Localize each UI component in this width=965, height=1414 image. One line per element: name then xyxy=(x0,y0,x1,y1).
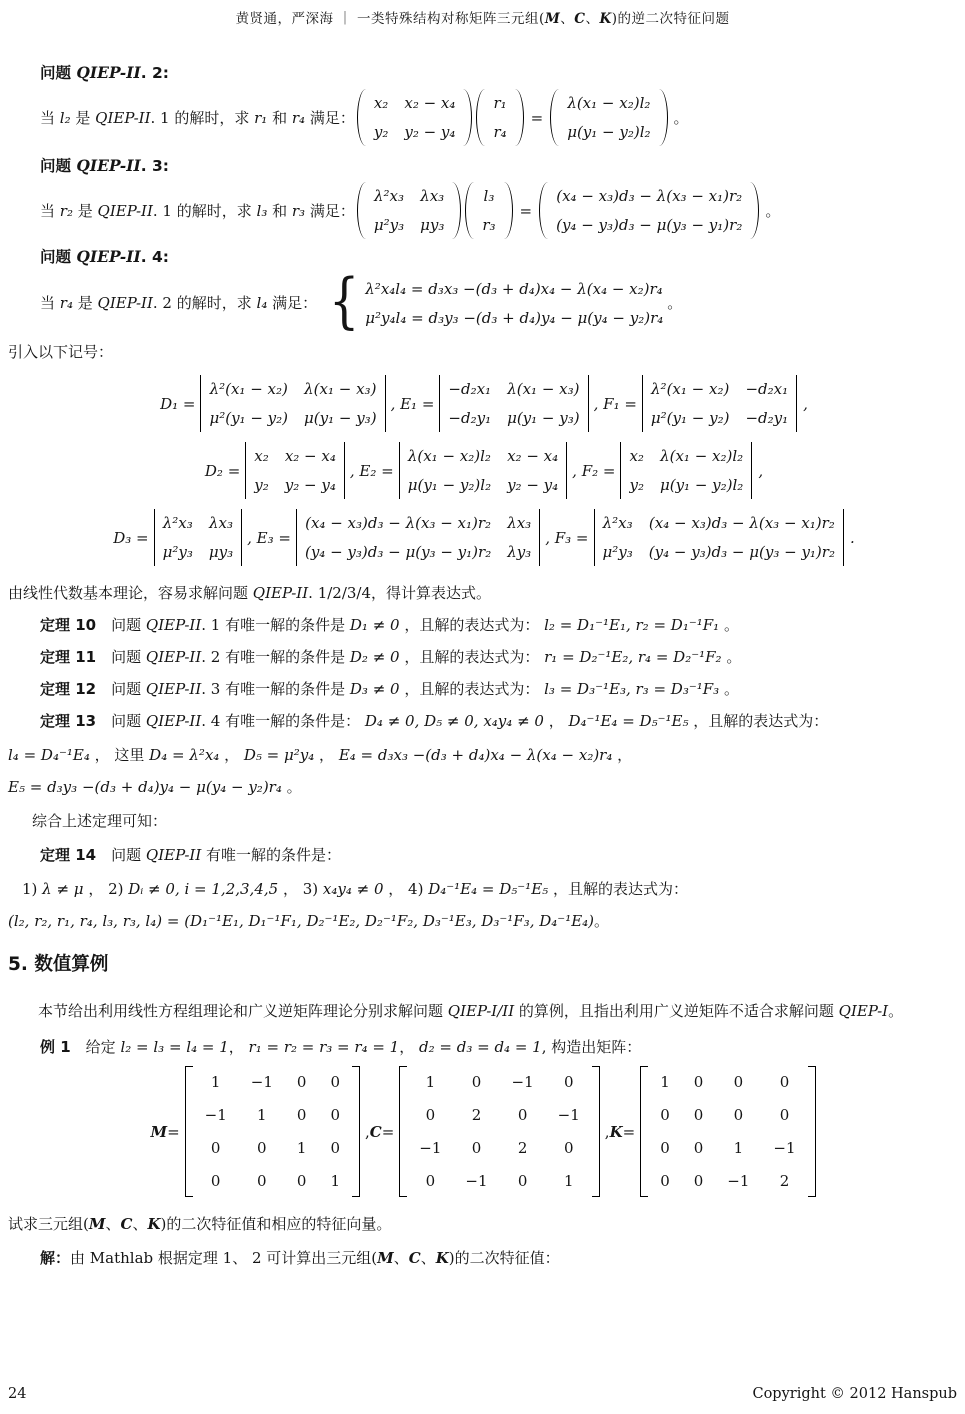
text-run: l₃ xyxy=(257,202,268,220)
determinant-d2-matrix: x₂x₂ − x₄y₂y₂ − y₄ xyxy=(245,442,345,499)
matrix-cell: y₂ xyxy=(254,475,269,495)
matrix-cell: 0 xyxy=(780,1072,790,1092)
matrix-cell: 0 xyxy=(297,1105,307,1125)
matrix-cell: 0 xyxy=(472,1138,482,1158)
matrix-cell: 0 xyxy=(660,1171,670,1191)
left-brace-delimiter: { xyxy=(329,271,360,331)
text-run: )的逆二次特征问题 xyxy=(612,11,730,27)
matrix-cell: 1 xyxy=(330,1171,340,1191)
text-run: , 构造出矩阵： xyxy=(542,1038,642,1056)
matrix-cell: λ(x₁ − x₂)l₂ xyxy=(567,93,650,113)
bracket-delimiter xyxy=(808,1066,816,1197)
text-run: 和 xyxy=(267,202,292,220)
text-run: 。 xyxy=(888,1002,903,1020)
text-run: = xyxy=(167,1120,180,1144)
text-run: 、 xyxy=(586,11,600,27)
matrix-cell: −d₂y₁ xyxy=(745,408,788,428)
matrix-grid: x₂x₂ − x₄y₂y₂ − y₄ xyxy=(366,89,464,146)
theorem-14-conditions: 1) λ ≠ μ ， 2) Dᵢ ≠ 0, i = 1,2,3,4,5 ， 3)… xyxy=(8,876,957,902)
text-run: ， xyxy=(544,712,569,730)
matrix-cell: 0 xyxy=(211,1138,221,1158)
text-run: 的算例，且指出利用广义逆矩阵不适合求解问题 xyxy=(514,1002,839,1020)
text-run: x₄y₄ ≠ 0 xyxy=(323,880,384,898)
text-run: 定理 14 xyxy=(40,846,96,864)
determinant-e1: , E₁ = −d₂x₁λ(x₁ − x₃)−d₂y₁μ(y₁ − y₃) xyxy=(388,375,591,432)
text-run: (l₂, r₂, r₁, r₄, l₃, r₃, l₄) = (D₁⁻¹E₁, … xyxy=(8,912,594,930)
matrix-cell: (y₄ − y₃)d₃ − μ(y₃ − y₁)r₂ xyxy=(649,542,835,562)
running-header: 黄贤通，严深海 ｜ 一类特殊结构对称矩阵三元组(M、C、K)的逆二次特征问题 xyxy=(0,0,965,27)
matrix-grid: x₂x₂ − x₄y₂y₂ − y₄ xyxy=(246,442,344,499)
text-run: 试求三元组( xyxy=(8,1215,89,1233)
matrix-grid: λ²x₃λx₃μ²y₃μy₃ xyxy=(366,182,453,239)
text-run: 、 xyxy=(560,11,574,27)
text-run: QIEP-II xyxy=(146,712,201,730)
matrix-cell: λx₃ xyxy=(420,186,444,206)
matrix-cell: 0 xyxy=(518,1105,528,1125)
matrix-cell: y₂ xyxy=(374,122,389,142)
matrix-c-cells: 10−10020−1−10200−101 xyxy=(399,1066,600,1197)
text-run: ， xyxy=(399,1038,419,1056)
text-run: D₃ ≠ 0 xyxy=(350,680,400,698)
matrix-cell: μ²y₃ xyxy=(163,542,193,562)
text-run: l₂ = D₁⁻¹E₁, r₂ = D₁⁻¹F₁ xyxy=(544,616,719,634)
matrix-cell: −1 xyxy=(773,1138,795,1158)
determinant-label: , E₃ = xyxy=(247,526,291,550)
paren-delimiter xyxy=(465,182,474,239)
matrix-cell: x₂ xyxy=(374,93,388,113)
matrix-cell: y₂ − y₄ xyxy=(285,475,336,495)
section-5-heading: 5. 数值算例 xyxy=(8,952,957,978)
paren-delimiter xyxy=(452,182,461,239)
matrix-cell: x₂ xyxy=(629,446,643,466)
matrix-k-label: , K = xyxy=(605,1120,635,1144)
text-run: 定理 12 xyxy=(40,680,96,698)
matrix-cell: 0 xyxy=(257,1138,267,1158)
example-1-lead: 例 1 给定 l₂ = l₃ = l₄ = 1， r₁ = r₂ = r₃ = … xyxy=(8,1034,957,1060)
determinant-e3-matrix: (x₄ − x₃)d₃ − λ(x₃ − x₁)r₂λx₃(y₄ − y₃)d₃… xyxy=(296,509,540,566)
matrix-cell: λ(x₁ − x₂)l₂ xyxy=(408,446,491,466)
text-run: 本节给出利用线性方程组理论和广义逆矩阵理论分别求解问题 xyxy=(38,1002,448,1020)
matrix-cell: λ²(x₁ − x₂) xyxy=(210,379,288,399)
problem-3-unknown-vector: l₃r₃ xyxy=(465,182,512,239)
determinant-e2-matrix: λ(x₁ − x₂)l₂x₂ − x₄μ(y₁ − y₂)l₂y₂ − y₄ xyxy=(399,442,567,499)
paren-delimiter xyxy=(659,89,668,146)
system-equation-1: λ²x₄l₄ = d₃x₃ −(d₃ + d₄)x₄ − λ(x₄ − x₂)r… xyxy=(365,279,663,299)
determinant-f2: , F₂ = x₂λ(x₁ − x₂)l₂y₂μ(y₁ − y₂)l₂ xyxy=(569,442,754,499)
text-run: D₂ ≠ 0 xyxy=(350,648,400,666)
matrix-cell: (y₄ − y₃)d₃ − μ(y₃ − y₁)r₂ xyxy=(305,542,491,562)
text-run: D₅ = μ²y₄ xyxy=(244,746,314,764)
bar-delimiter xyxy=(385,375,386,432)
determinant-f3-matrix: λ²x₃(x₄ − x₃)d₃ − λ(x₃ − x₁)r₂μ²y₃(y₄ − … xyxy=(594,509,844,566)
text-run: 1) xyxy=(22,880,42,898)
paren-delimiter xyxy=(539,182,548,239)
text-run: M xyxy=(89,1215,106,1233)
problem-3-heading: 问题 QIEP-II. 3: xyxy=(8,154,957,178)
text-run: M xyxy=(545,11,560,27)
text-run: ， 这里 xyxy=(90,746,149,764)
matrix-cell: 0 xyxy=(518,1171,528,1191)
text-run: ， 3) xyxy=(278,880,323,898)
matrix-cell: μ²(y₁ − y₂) xyxy=(209,408,288,428)
text-run: ， xyxy=(229,1038,249,1056)
text-run: QIEP-I xyxy=(839,1002,888,1020)
problem-2-unknown-vector: r₁r₄ xyxy=(476,89,523,146)
text-run: = xyxy=(382,1120,395,1144)
matrix-cell: −1 xyxy=(205,1105,227,1125)
text-run: r₁ = D₂⁻¹E₂, r₄ = D₂⁻¹F₂ xyxy=(544,648,721,666)
example-matrices-row: M = 1−100−110000100001 , C = 10−10020−1−… xyxy=(8,1066,957,1197)
matrix-c-label: , C = xyxy=(365,1120,394,1144)
text-run: 问题 xyxy=(96,680,146,698)
problem-4-statement: 当 r₄ 是 QIEP-II. 2 的解时，求 l₄ 满足： { λ²x₄l₄ … xyxy=(8,271,957,335)
text-run: 当 xyxy=(40,294,60,312)
text-run: ，且解的表达式为： xyxy=(400,680,545,698)
text-run: 问题 xyxy=(40,64,76,82)
text-run: 当 xyxy=(40,202,60,220)
theorem-11: 定理 11 问题 QIEP-II. 2 有唯一解的条件是 D₂ ≠ 0 ，且解的… xyxy=(8,644,957,670)
matrix-cell: (x₄ − x₃)d₃ − λ(x₃ − x₁)r₂ xyxy=(305,513,491,533)
text-run: 黄贤通，严深海 ｜ 一类特殊结构对称矩阵三元组( xyxy=(235,11,544,27)
matrix-cell: (x₄ − x₃)d₃ − λ(x₃ − x₁)r₂ xyxy=(556,186,742,206)
theorem-13-continuation-1: l₄ = D₄⁻¹E₄ ， 这里 D₄ = λ²x₄ ， D₅ = μ²y₄ ，… xyxy=(8,742,957,768)
matrix-cell: 1 xyxy=(660,1072,670,1092)
determinant-d3-matrix: λ²x₃λx₃μ²y₃μy₃ xyxy=(154,509,243,566)
text-run: 定理 10 xyxy=(40,616,96,634)
matrix-cell: 0 xyxy=(734,1105,744,1125)
bar-delimiter xyxy=(588,375,589,432)
bar-delimiter xyxy=(796,375,797,432)
matrix-cell: 2 xyxy=(472,1105,482,1125)
problem-3-coefficient-matrix: λ²x₃λx₃μ²y₃μy₃ xyxy=(357,182,462,239)
determinant-f1-matrix: λ²(x₁ − x₂)−d₂x₁μ²(y₁ − y₂)−d₂y₁ xyxy=(642,375,797,432)
text-run: 定理 13 xyxy=(40,712,96,730)
text-run: 。 xyxy=(719,680,739,698)
matrix-m: M = 1−100−110000100001 xyxy=(147,1066,362,1197)
matrix-cell: 1 xyxy=(297,1138,307,1158)
text-run: )的二次特征值： xyxy=(449,1249,560,1267)
matrix-cell: μy₃ xyxy=(420,215,444,235)
matrix-cell: r₃ xyxy=(482,215,495,235)
matrix-cell: −d₂y₁ xyxy=(448,408,491,428)
matrix-grid: λ²(x₁ − x₂)λ(x₁ − x₃)μ²(y₁ − y₂)μ(y₁ − y… xyxy=(201,375,384,432)
sentence-period: 。 xyxy=(667,291,682,315)
matrix-grid: λ(x₁ − x₂)l₂μ(y₁ − y₂)l₂ xyxy=(559,89,658,146)
linear-algebra-note: 由线性代数基本理论，容易求解问题 QIEP-II. 1/2/3/4，得计算表达式… xyxy=(8,580,957,606)
text-run: r₁ xyxy=(254,109,267,127)
text-run: 由线性代数基本理论，容易求解问题 xyxy=(8,584,253,602)
matrix-cell: λx₃ xyxy=(209,513,233,533)
sentence-period: 。 xyxy=(765,199,780,223)
problem-4-lead-text: 当 r₄ 是 QIEP-II. 2 的解时，求 l₄ 满足： xyxy=(40,291,317,315)
matrix-cell: r₄ xyxy=(493,122,506,142)
text-run: . 3: xyxy=(141,157,169,175)
determinant-label: D₁ = xyxy=(160,392,195,416)
matrix-cell: 1 xyxy=(734,1138,744,1158)
notation-intro: 引入以下记号： xyxy=(8,339,957,365)
matrix-cell: 0 xyxy=(660,1138,670,1158)
matrix-cell: −d₂x₁ xyxy=(448,379,491,399)
text-run: 和 xyxy=(267,109,292,127)
problem-2-heading: 问题 QIEP-II. 2: xyxy=(8,61,957,85)
text-run: 问题 xyxy=(96,712,146,730)
row-separator: . xyxy=(850,526,855,550)
matrix-cell: 0 xyxy=(734,1072,744,1092)
determinant-d1: D₁ = λ²(x₁ − x₂)λ(x₁ − x₃)μ²(y₁ − y₂)μ(y… xyxy=(157,375,387,432)
matrix-cell: 0 xyxy=(330,1072,340,1092)
text-run: 引入以下记号： xyxy=(8,343,113,361)
matrix-cell: 0 xyxy=(694,1105,704,1125)
text-run: . 2: xyxy=(141,64,169,82)
matrix-cell: −1 xyxy=(558,1105,580,1125)
matrix-cell: 0 xyxy=(330,1105,340,1125)
text-run: 。 xyxy=(282,778,302,796)
text-run: r₄ xyxy=(292,109,305,127)
text-run: 问题 xyxy=(96,616,146,634)
text-run: K xyxy=(436,1249,449,1267)
text-run: K xyxy=(147,1215,160,1233)
text-run: QIEP-II xyxy=(76,63,140,82)
text-run: 问题 xyxy=(40,248,76,266)
matrix-cell: λ(x₁ − x₂)l₂ xyxy=(660,446,743,466)
determinant-d3: D₃ = λ²x₃λx₃μ²y₃μy₃ xyxy=(110,509,244,566)
matrix-cell: 0 xyxy=(564,1138,574,1158)
text-run: QIEP-II xyxy=(146,680,201,698)
text-run: ，且解的表达式为： xyxy=(400,648,545,666)
text-run: 是 xyxy=(71,109,96,127)
text-run: 。 xyxy=(594,912,609,930)
bar-delimiter xyxy=(344,442,345,499)
text-run: l₄ xyxy=(257,294,268,312)
matrix-cell: μ²(y₁ − y₂) xyxy=(651,408,730,428)
text-run: λ ≠ μ xyxy=(42,880,83,898)
text-run: QIEP-II xyxy=(253,584,308,602)
text-run: r₄ xyxy=(60,294,73,312)
paren-delimiter xyxy=(515,89,524,146)
matrix-cell: μy₃ xyxy=(209,542,233,562)
matrix-grid: (x₄ − x₃)d₃ − λ(x₃ − x₁)r₂λx₃(y₄ − y₃)d₃… xyxy=(297,509,539,566)
theorem-13: 定理 13 问题 QIEP-II. 4 有唯一解的条件是： D₄ ≠ 0, D₅… xyxy=(8,708,957,734)
text-run: . 1 有唯一解的条件是 xyxy=(201,616,350,634)
determinant-e1-matrix: −d₂x₁λ(x₁ − x₃)−d₂y₁μ(y₁ − y₃) xyxy=(439,375,588,432)
paren-delimiter xyxy=(357,89,366,146)
matrix-cell: μ(y₁ − y₃) xyxy=(507,408,580,428)
text-run: Dᵢ ≠ 0, i = 1,2,3,4,5 xyxy=(128,880,278,898)
determinant-label: , F₃ = xyxy=(545,526,588,550)
text-run: = xyxy=(623,1120,636,1144)
text-run: M xyxy=(150,1120,167,1144)
notation-row-1: D₁ = λ²(x₁ − x₂)λ(x₁ − x₃)μ²(y₁ − y₂)μ(y… xyxy=(8,375,957,432)
bar-delimiter xyxy=(241,509,242,566)
matrix-cell: 1 xyxy=(426,1072,436,1092)
matrix-cell: y₂ xyxy=(629,475,644,495)
row-separator: , xyxy=(803,392,808,416)
text-run: E₄ = d₃x₃ −(d₃ + d₄)x₄ − λ(x₄ − x₂)r₄ xyxy=(339,746,613,764)
matrix-cell: λ(x₁ − x₃) xyxy=(507,379,579,399)
text-run: D₄ = λ²x₄ xyxy=(149,746,219,764)
text-run: 满足： xyxy=(305,109,355,127)
theorem-13-continuation-2: E₅ = d₃y₃ −(d₃ + d₄)y₄ − μ(y₄ − y₂)r₄ 。 xyxy=(8,774,957,800)
text-run: . 4: xyxy=(141,248,169,266)
text-run: QIEP-I/II xyxy=(448,1002,514,1020)
text-run: C xyxy=(574,11,585,27)
matrix-cell: μ(y₁ − y₂)l₂ xyxy=(408,475,491,495)
problem-3-rhs-vector: (x₄ − x₃)d₃ − λ(x₃ − x₁)r₂(y₄ − y₃)d₃ − … xyxy=(539,182,759,239)
text-run: l₂ = l₃ = l₄ = 1 xyxy=(120,1038,228,1056)
paren-delimiter xyxy=(750,182,759,239)
matrix-grid: λ²x₃λx₃μ²y₃μy₃ xyxy=(155,509,242,566)
bracket-delimiter xyxy=(352,1066,360,1197)
text-run: 、 xyxy=(132,1215,147,1233)
theorem-14: 定理 14 问题 QIEP-II 有唯一解的条件是： xyxy=(8,842,957,868)
determinant-f3: , F₃ = λ²x₃(x₄ − x₃)d₃ − λ(x₃ − x₁)r₂μ²y… xyxy=(542,509,846,566)
matrix-cell: r₁ xyxy=(493,93,506,113)
example-question-line: 试求三元组(M、C、K)的二次特征值和相应的特征向量。 xyxy=(8,1211,957,1237)
text-run: QIEP-II xyxy=(98,294,153,312)
text-run: D₄⁻¹E₄ = D₅⁻¹E₅ xyxy=(569,712,689,730)
text-run: 当 xyxy=(40,109,60,127)
matrix-cell: 2 xyxy=(518,1138,528,1158)
matrix-cell: −1 xyxy=(251,1072,273,1092)
matrix-cell: μ(y₁ − y₂)l₂ xyxy=(567,122,650,142)
text-run: M xyxy=(377,1249,394,1267)
matrix-grid: −d₂x₁λ(x₁ − x₃)−d₂y₁μ(y₁ − y₃) xyxy=(440,375,587,432)
text-run: 给定 xyxy=(71,1038,121,1056)
determinant-label: , E₁ = xyxy=(391,392,435,416)
determinant-label: D₂ = xyxy=(205,459,240,483)
matrix-cell: μ(y₁ − y₂)l₂ xyxy=(660,475,743,495)
matrix-cell: l₃ xyxy=(484,186,495,206)
matrix-cell: x₂ xyxy=(254,446,268,466)
text-run: 问题 xyxy=(96,648,146,666)
text-run: QIEP-II xyxy=(98,202,153,220)
matrix-cell: 0 xyxy=(297,1072,307,1092)
page-number: 24 xyxy=(8,1386,26,1402)
matrix-cell: 0 xyxy=(660,1105,670,1125)
matrix-cell: μ²y₃ xyxy=(374,215,404,235)
text-run: 、 xyxy=(421,1249,436,1267)
matrix-cell: 0 xyxy=(426,1171,436,1191)
matrix-grid: 10−10020−1−10200−101 xyxy=(407,1066,592,1197)
bracket-delimiter xyxy=(399,1066,407,1197)
text-run: D₁ ≠ 0 xyxy=(350,616,400,634)
text-run: 由 Mathlab 根据定理 1、 2 可计算出三元组( xyxy=(70,1249,377,1267)
text-run: 解： xyxy=(40,1249,70,1267)
matrix-cell: μ²y₃ xyxy=(603,542,633,562)
text-run: QIEP-II xyxy=(76,247,140,266)
text-run: C xyxy=(409,1249,421,1267)
matrix-cell: λ²x₃ xyxy=(603,513,633,533)
text-run: 满足： xyxy=(305,202,355,220)
text-run: K xyxy=(600,11,612,27)
paren-delimiter xyxy=(476,89,485,146)
text-run: ， xyxy=(219,746,244,764)
matrix-cell: λ(x₁ − x₃) xyxy=(304,379,376,399)
bracket-delimiter xyxy=(185,1066,193,1197)
copyright: Copyright © 2012 Hanspub xyxy=(752,1386,957,1402)
matrix-cell: λx₃ xyxy=(507,513,531,533)
matrix-cell: 2 xyxy=(780,1171,790,1191)
determinant-e3: , E₃ = (x₄ − x₃)d₃ − λ(x₃ − x₁)r₂λx₃(y₄ … xyxy=(244,509,542,566)
matrix-cell: 0 xyxy=(211,1171,221,1191)
text-run: ， 4) xyxy=(383,880,428,898)
determinant-label: D₃ = xyxy=(113,526,148,550)
text-run: 问题 xyxy=(96,846,146,864)
text-run: ， 2) xyxy=(84,880,129,898)
matrix-grid: x₂λ(x₁ − x₂)l₂y₂μ(y₁ − y₂)l₂ xyxy=(621,442,751,499)
matrix-cell: −1 xyxy=(419,1138,441,1158)
section-5-paragraph: 本节给出利用线性方程组理论和广义逆矩阵理论分别求解问题 QIEP-I/II 的算… xyxy=(8,998,957,1024)
problem-2-rhs-vector: λ(x₁ − x₂)l₂μ(y₁ − y₂)l₂ xyxy=(550,89,667,146)
text-run: QIEP-II xyxy=(146,846,201,864)
matrix-cell: 0 xyxy=(694,1138,704,1158)
equals-sign: = xyxy=(520,199,533,223)
matrix-cell: 0 xyxy=(564,1072,574,1092)
text-run: K xyxy=(610,1120,623,1144)
matrix-cell: λ²(x₁ − x₂) xyxy=(651,379,729,399)
text-run: 。 xyxy=(722,648,742,666)
text-run: 满足： xyxy=(267,294,317,312)
matrix-cell: −d₂x₁ xyxy=(745,379,788,399)
notation-row-3: D₃ = λ²x₃λx₃μ²y₃μy₃ , E₃ = (x₄ − x₃)d₃ −… xyxy=(8,509,957,566)
matrix-cell: x₂ − x₄ xyxy=(285,446,336,466)
matrix-cell: x₂ − x₄ xyxy=(404,93,455,113)
theorem-10: 定理 10 问题 QIEP-II. 1 有唯一解的条件是 D₁ ≠ 0 ，且解的… xyxy=(8,612,957,638)
matrix-cell: 0 xyxy=(780,1105,790,1125)
text-run: D₄⁻¹E₄ = D₅⁻¹E₅ xyxy=(428,880,548,898)
text-run: . 2 有唯一解的条件是 xyxy=(201,648,350,666)
problem-3-statement: 当 r₂ 是 QIEP-II. 1 的解时，求 l₃ 和 r₃ 满足： λ²x₃… xyxy=(8,182,957,239)
text-run: ，且解的表达式为： xyxy=(548,880,688,898)
text-run: . 1 的解时，求 xyxy=(151,109,255,127)
matrix-cell: 1 xyxy=(564,1171,574,1191)
matrix-cell: λ²x₃ xyxy=(374,186,404,206)
text-run: E₅ = d₃y₃ −(d₃ + d₄)y₄ − μ(y₄ − y₂)r₄ xyxy=(8,778,282,796)
matrix-grid: r₁r₄ xyxy=(485,89,514,146)
content: 问题 QIEP-II. 2: 当 l₂ 是 QIEP-II. 1 的解时，求 r… xyxy=(0,61,965,1271)
matrix-cell: (x₄ − x₃)d₃ − λ(x₃ − x₁)r₂ xyxy=(649,513,835,533)
matrix-grid: 10000000001−100−12 xyxy=(648,1066,807,1197)
bar-delimiter xyxy=(843,509,844,566)
row-separator: , xyxy=(758,459,763,483)
determinant-f2-matrix: x₂λ(x₁ − x₂)l₂y₂μ(y₁ − y₂)l₂ xyxy=(620,442,752,499)
text-run: l₄ = D₄⁻¹E₄ xyxy=(8,746,90,764)
notation-row-2: D₂ = x₂x₂ − x₄y₂y₂ − y₄ , E₂ = λ(x₁ − x₂… xyxy=(8,442,957,499)
matrix-cell: 0 xyxy=(472,1072,482,1092)
text-run: r₂ xyxy=(60,202,73,220)
text-run: 。 xyxy=(719,616,739,634)
matrix-cell: 0 xyxy=(426,1105,436,1125)
determinant-label: , E₂ = xyxy=(350,459,394,483)
matrix-cell: −1 xyxy=(727,1171,749,1191)
problem-4-heading: 问题 QIEP-II. 4: xyxy=(8,245,957,269)
text-run: C xyxy=(370,1120,382,1144)
matrix-grid: λ(x₁ − x₂)l₂x₂ − x₄μ(y₁ − y₂)l₂y₂ − y₄ xyxy=(400,442,566,499)
matrix-grid: λ²x₃(x₄ − x₃)d₃ − λ(x₃ − x₁)r₂μ²y₃(y₄ − … xyxy=(595,509,843,566)
matrix-k: , K = 10000000001−100−12 xyxy=(602,1066,818,1197)
text-run: 例 1 xyxy=(40,1038,71,1056)
page-footer: 24 Copyright © 2012 Hanspub xyxy=(0,1386,965,1402)
text-run: 是 xyxy=(73,202,98,220)
text-run: l₃ = D₃⁻¹E₃, r₃ = D₃⁻¹F₃ xyxy=(544,680,719,698)
matrix-cell: y₂ − y₄ xyxy=(404,122,455,142)
text-run: 综合上述定理可知： xyxy=(32,812,167,830)
text-run: . 3 有唯一解的条件是 xyxy=(201,680,350,698)
bar-delimiter xyxy=(751,442,752,499)
text-run: r₃ xyxy=(292,202,305,220)
text-run: QIEP-II xyxy=(146,648,201,666)
paren-delimiter xyxy=(550,89,559,146)
